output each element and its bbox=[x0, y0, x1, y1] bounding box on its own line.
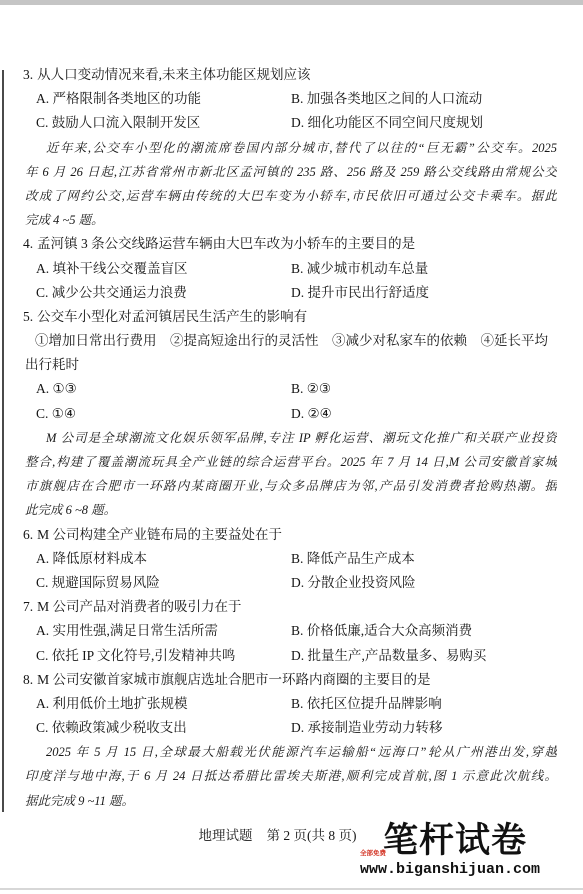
exam-content: 3.从人口变动情况来看,未来主体功能区规划应该A. 严格限制各类地区的功能B. … bbox=[23, 63, 557, 813]
option-B: B. 减少城市机动车总量 bbox=[291, 261, 428, 276]
option-D: D. 批量生产,产品数量多、易购买 bbox=[291, 648, 486, 663]
option-A: A. 严格限制各类地区的功能 bbox=[36, 87, 291, 111]
exam-page: { "page": { "doc_title": "地理试题", "page_i… bbox=[0, 0, 583, 894]
option-row: A. 严格限制各类地区的功能B. 加强各类地区之间的人口流动 bbox=[23, 87, 557, 111]
passage-line: 近年来,公交车小型化的潮流席卷国内部分城市,替代了以往的“巨无霸”公交车。202… bbox=[23, 136, 557, 160]
option-A: A. 降低原材料成本 bbox=[36, 547, 291, 571]
question-stem-text: M 公司产品对消费者的吸引力在于 bbox=[37, 599, 241, 614]
top-scan-edge bbox=[0, 0, 583, 5]
option-row: A. 填补干线公交覆盖盲区B. 减少城市机动车总量 bbox=[23, 257, 557, 281]
option-row: C. ①④D. ②④ bbox=[23, 402, 557, 426]
option-row: C. 依托 IP 文化符号,引发精神共鸣D. 批量生产,产品数量多、易购买 bbox=[23, 644, 557, 668]
question-number: 8. bbox=[23, 672, 33, 687]
question-stem-text: M 公司构建全产业链布局的主要益处在于 bbox=[37, 527, 282, 542]
option-row: A. 降低原材料成本B. 降低产品生产成本 bbox=[23, 547, 557, 571]
question-stem: 3.从人口变动情况来看,未来主体功能区规划应该 bbox=[23, 63, 557, 87]
option-C: C. 规避国际贸易风险 bbox=[36, 571, 291, 595]
left-page-rule bbox=[2, 70, 4, 812]
option-B: B. ②③ bbox=[291, 381, 331, 396]
question-number: 4. bbox=[23, 236, 33, 251]
question-block: 4.孟河镇 3 条公交线路运营车辆由大巴车改为小轿车的主要目的是A. 填补干线公… bbox=[23, 232, 557, 305]
passage-block: 近年来,公交车小型化的潮流席卷国内部分城市,替代了以往的“巨无霸”公交车。202… bbox=[23, 136, 557, 233]
question-stem: 8.M 公司安徽首家城市旗舰店选址合肥市一环路内商圈的主要目的是 bbox=[23, 668, 557, 692]
option-C: C. 依托 IP 文化符号,引发精神共鸣 bbox=[36, 644, 291, 668]
question-number: 5. bbox=[23, 309, 33, 324]
question-block: 7.M 公司产品对消费者的吸引力在于A. 实用性强,满足日常生活所需B. 价格低… bbox=[23, 595, 557, 668]
footer-page-number: 第 2 页(共 8 页) bbox=[267, 828, 357, 843]
passage-line: 年 6 月 26 日起,江苏省常州市新北区孟河镇的 235 路、256 路及 2… bbox=[23, 160, 557, 184]
option-A: A. 实用性强,满足日常生活所需 bbox=[36, 619, 291, 643]
option-row: A. 实用性强,满足日常生活所需B. 价格低廉,适合大众高频消费 bbox=[23, 619, 557, 643]
option-B: B. 降低产品生产成本 bbox=[291, 551, 415, 566]
option-A: A. 利用低价土地扩张规模 bbox=[36, 692, 291, 716]
option-row: C. 鼓励人口流入限制开发区D. 细化功能区不同空间尺度规划 bbox=[23, 111, 557, 135]
question-stem: 4.孟河镇 3 条公交线路运营车辆由大巴车改为小轿车的主要目的是 bbox=[23, 232, 557, 256]
passage-block: 2025 年 5 月 15 日,全球最大船载光伏能源汽车运输船“远海口”轮从广州… bbox=[23, 740, 557, 813]
option-row: C. 规避国际贸易风险D. 分散企业投资风险 bbox=[23, 571, 557, 595]
question-stem: 7.M 公司产品对消费者的吸引力在于 bbox=[23, 595, 557, 619]
option-A: A. ①③ bbox=[36, 377, 291, 401]
passage-block: M 公司是全球潮流文化娱乐领军品牌,专注 IP 孵化运营、潮玩文化推广和关联产业… bbox=[23, 426, 557, 523]
question-block: 3.从人口变动情况来看,未来主体功能区规划应该A. 严格限制各类地区的功能B. … bbox=[23, 63, 557, 136]
option-C: C. 鼓励人口流入限制开发区 bbox=[36, 111, 291, 135]
option-D: D. 分散企业投资风险 bbox=[291, 575, 416, 590]
option-row: C. 减少公共交通运力浪费D. 提升市民出行舒适度 bbox=[23, 281, 557, 305]
question-number: 3. bbox=[23, 67, 33, 82]
passage-line: M 公司是全球潮流文化娱乐领军品牌,专注 IP 孵化运营、潮玩文化推广和关联产业… bbox=[23, 426, 557, 450]
question-statements: 出行耗时 bbox=[23, 353, 557, 377]
option-C: C. 减少公共交通运力浪费 bbox=[36, 281, 291, 305]
passage-line: 2025 年 5 月 15 日,全球最大船载光伏能源汽车运输船“远海口”轮从广州… bbox=[23, 740, 557, 764]
question-number: 7. bbox=[23, 599, 33, 614]
option-D: D. 承接制造业劳动力转移 bbox=[291, 720, 443, 735]
option-row: C. 依赖政策减少税收支出D. 承接制造业劳动力转移 bbox=[23, 716, 557, 740]
option-C: C. ①④ bbox=[36, 402, 291, 426]
passage-line: 据此完成 9 ~11 题。 bbox=[23, 789, 557, 813]
passage-line: 此完成 6 ~8 题。 bbox=[23, 498, 557, 522]
question-stem-text: M 公司安徽首家城市旗舰店选址合肥市一环路内商圈的主要目的是 bbox=[37, 672, 430, 687]
passage-line: 印度洋与地中海,于 6 月 24 日抵达希腊比雷埃夫斯港,顺利完成首航,图 1 … bbox=[23, 764, 557, 788]
question-number: 6. bbox=[23, 527, 33, 542]
watermark-tagline: 全部免费 bbox=[360, 850, 386, 858]
option-D: D. 提升市民出行舒适度 bbox=[291, 285, 429, 300]
question-block: 6.M 公司构建全产业链布局的主要益处在于A. 降低原材料成本B. 降低产品生产… bbox=[23, 523, 557, 596]
question-stem: 5.公交车小型化对孟河镇居民生活产生的影响有 bbox=[23, 305, 557, 329]
option-B: B. 加强各类地区之间的人口流动 bbox=[291, 91, 482, 106]
option-C: C. 依赖政策减少税收支出 bbox=[36, 716, 291, 740]
option-D: D. 细化功能区不同空间尺度规划 bbox=[291, 115, 483, 130]
question-block: 5.公交车小型化对孟河镇居民生活产生的影响有①增加日常出行费用 ②提高短途出行的… bbox=[23, 305, 557, 426]
option-row: A. 利用低价土地扩张规模B. 依托区位提升品牌影响 bbox=[23, 692, 557, 716]
watermark-brand: 笔杆试卷 bbox=[383, 822, 527, 860]
footer-doc-title: 地理试题 bbox=[199, 828, 253, 843]
passage-line: 市旗舰店在合肥市一环路内某商圈开业,与众多品牌店为邻,产品引发消费者抢购热潮。据 bbox=[23, 474, 557, 498]
question-block: 8.M 公司安徽首家城市旗舰店选址合肥市一环路内商圈的主要目的是A. 利用低价土… bbox=[23, 668, 557, 741]
bottom-scan-edge bbox=[0, 888, 583, 890]
passage-line: 改成了网约公交,运营车辆由传统的大巴车变为小轿车,市民依旧可通过公交卡乘车。据此 bbox=[23, 184, 557, 208]
passage-line: 完成 4 ~5 题。 bbox=[23, 208, 557, 232]
question-stem-text: 公交车小型化对孟河镇居民生活产生的影响有 bbox=[37, 309, 307, 324]
option-B: B. 价格低廉,适合大众高频消费 bbox=[291, 623, 472, 638]
question-stem-text: 孟河镇 3 条公交线路运营车辆由大巴车改为小轿车的主要目的是 bbox=[37, 236, 415, 251]
option-A: A. 填补干线公交覆盖盲区 bbox=[36, 257, 291, 281]
question-statements: ①增加日常出行费用 ②提高短途出行的灵活性 ③减少对私家车的依赖 ④延长平均 bbox=[23, 329, 557, 353]
question-stem: 6.M 公司构建全产业链布局的主要益处在于 bbox=[23, 523, 557, 547]
option-B: B. 依托区位提升品牌影响 bbox=[291, 696, 442, 711]
option-row: A. ①③B. ②③ bbox=[23, 377, 557, 401]
passage-line: 整合,构建了覆盖潮流玩具全产业链的综合运营平台。2025 年 7 月 14 日,… bbox=[23, 450, 557, 474]
question-stem-text: 从人口变动情况来看,未来主体功能区规划应该 bbox=[37, 67, 310, 82]
watermark-url: www.biganshijuan.com bbox=[360, 859, 540, 881]
option-D: D. ②④ bbox=[291, 406, 332, 421]
